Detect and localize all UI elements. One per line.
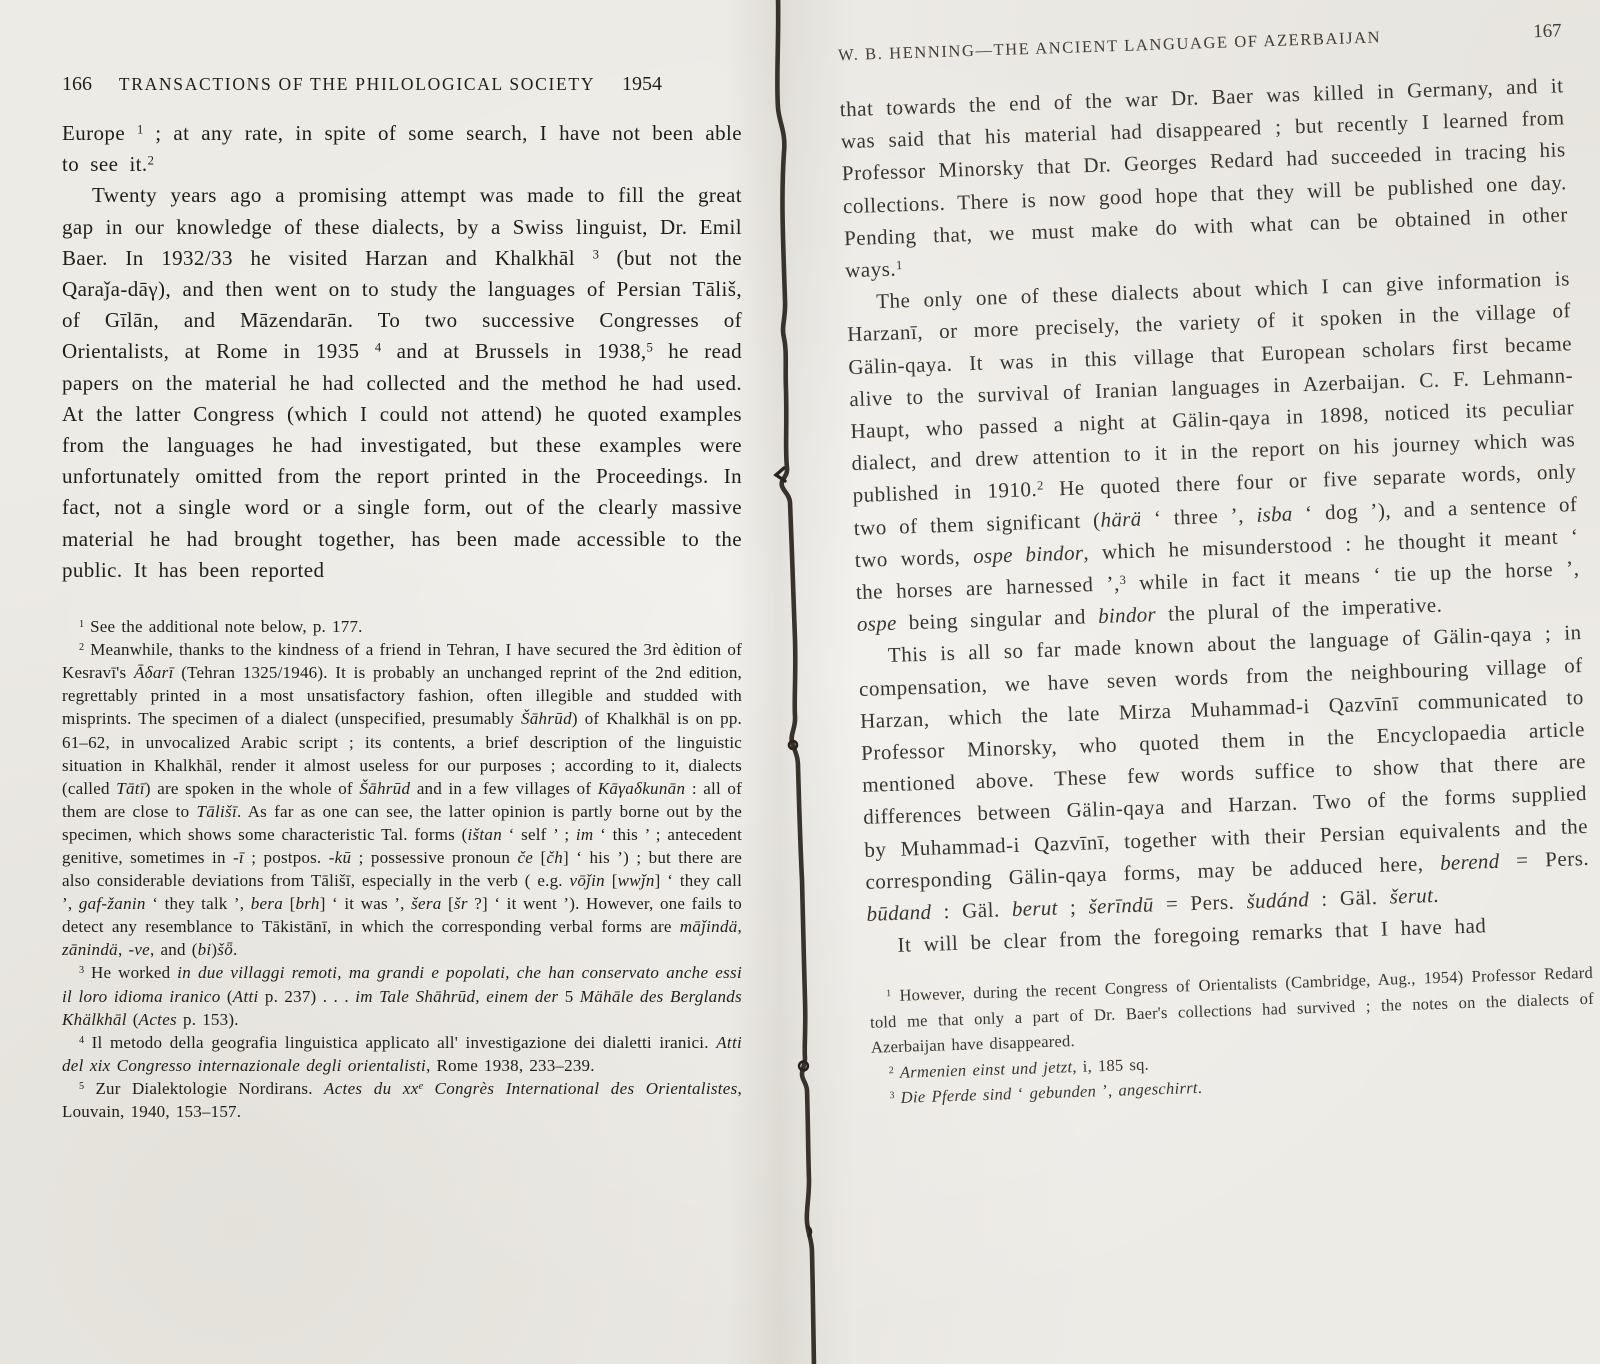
footnote: 5 Zur Dialektologie Nordirans. Actes du … bbox=[62, 1077, 742, 1123]
right-page-running-head: W. B. HENNING—THE ANCIENT LANGUAGE OF AZ… bbox=[838, 20, 1562, 66]
left-page-number: 166 bbox=[62, 73, 92, 96]
left-page-running-head: 166 TRANSACTIONS OF THE PHILOLOGICAL SOC… bbox=[62, 73, 662, 96]
right-page: W. B. HENNING—THE ANCIENT LANGUAGE OF AZ… bbox=[838, 20, 1597, 1111]
footnote: 3 He worked in due villaggi remoti, ma g… bbox=[62, 961, 742, 1030]
body-paragraph: that towards the end of the war Dr. Baer… bbox=[839, 69, 1569, 286]
left-page-body-text: Europe 1 ; at any rate, in spite of some… bbox=[62, 118, 742, 586]
body-paragraph: Europe 1 ; at any rate, in spite of some… bbox=[62, 118, 742, 180]
book-binding-gutter bbox=[762, 0, 832, 1364]
left-running-title: TRANSACTIONS OF THE PHILOLOGICAL SOCIETY bbox=[119, 74, 595, 95]
right-page-body-text: that towards the end of the war Dr. Baer… bbox=[839, 69, 1591, 962]
right-page-number: 167 bbox=[1533, 20, 1562, 43]
left-page-footnotes: 1 See the additional note below, p. 177.… bbox=[62, 615, 742, 1123]
body-paragraph: Twenty years ago a promising attempt was… bbox=[62, 180, 742, 586]
left-running-year: 1954 bbox=[622, 73, 662, 96]
footnote: 4 Il metodo della geografia linguistica … bbox=[62, 1031, 742, 1077]
body-paragraph: This is all so far made known about the … bbox=[857, 616, 1590, 930]
binding-fold-line bbox=[777, 0, 814, 1364]
body-paragraph: The only one of these dialects about whi… bbox=[846, 262, 1581, 640]
footnote: 2 Meanwhile, thanks to the kindness of a… bbox=[62, 638, 742, 961]
right-page-footnotes: 1 However, during the recent Congress of… bbox=[869, 960, 1597, 1111]
left-page: 166 TRANSACTIONS OF THE PHILOLOGICAL SOC… bbox=[62, 73, 742, 1123]
footnote: 1 See the additional note below, p. 177. bbox=[62, 615, 742, 638]
right-running-title: W. B. HENNING—THE ANCIENT LANGUAGE OF AZ… bbox=[838, 27, 1382, 65]
